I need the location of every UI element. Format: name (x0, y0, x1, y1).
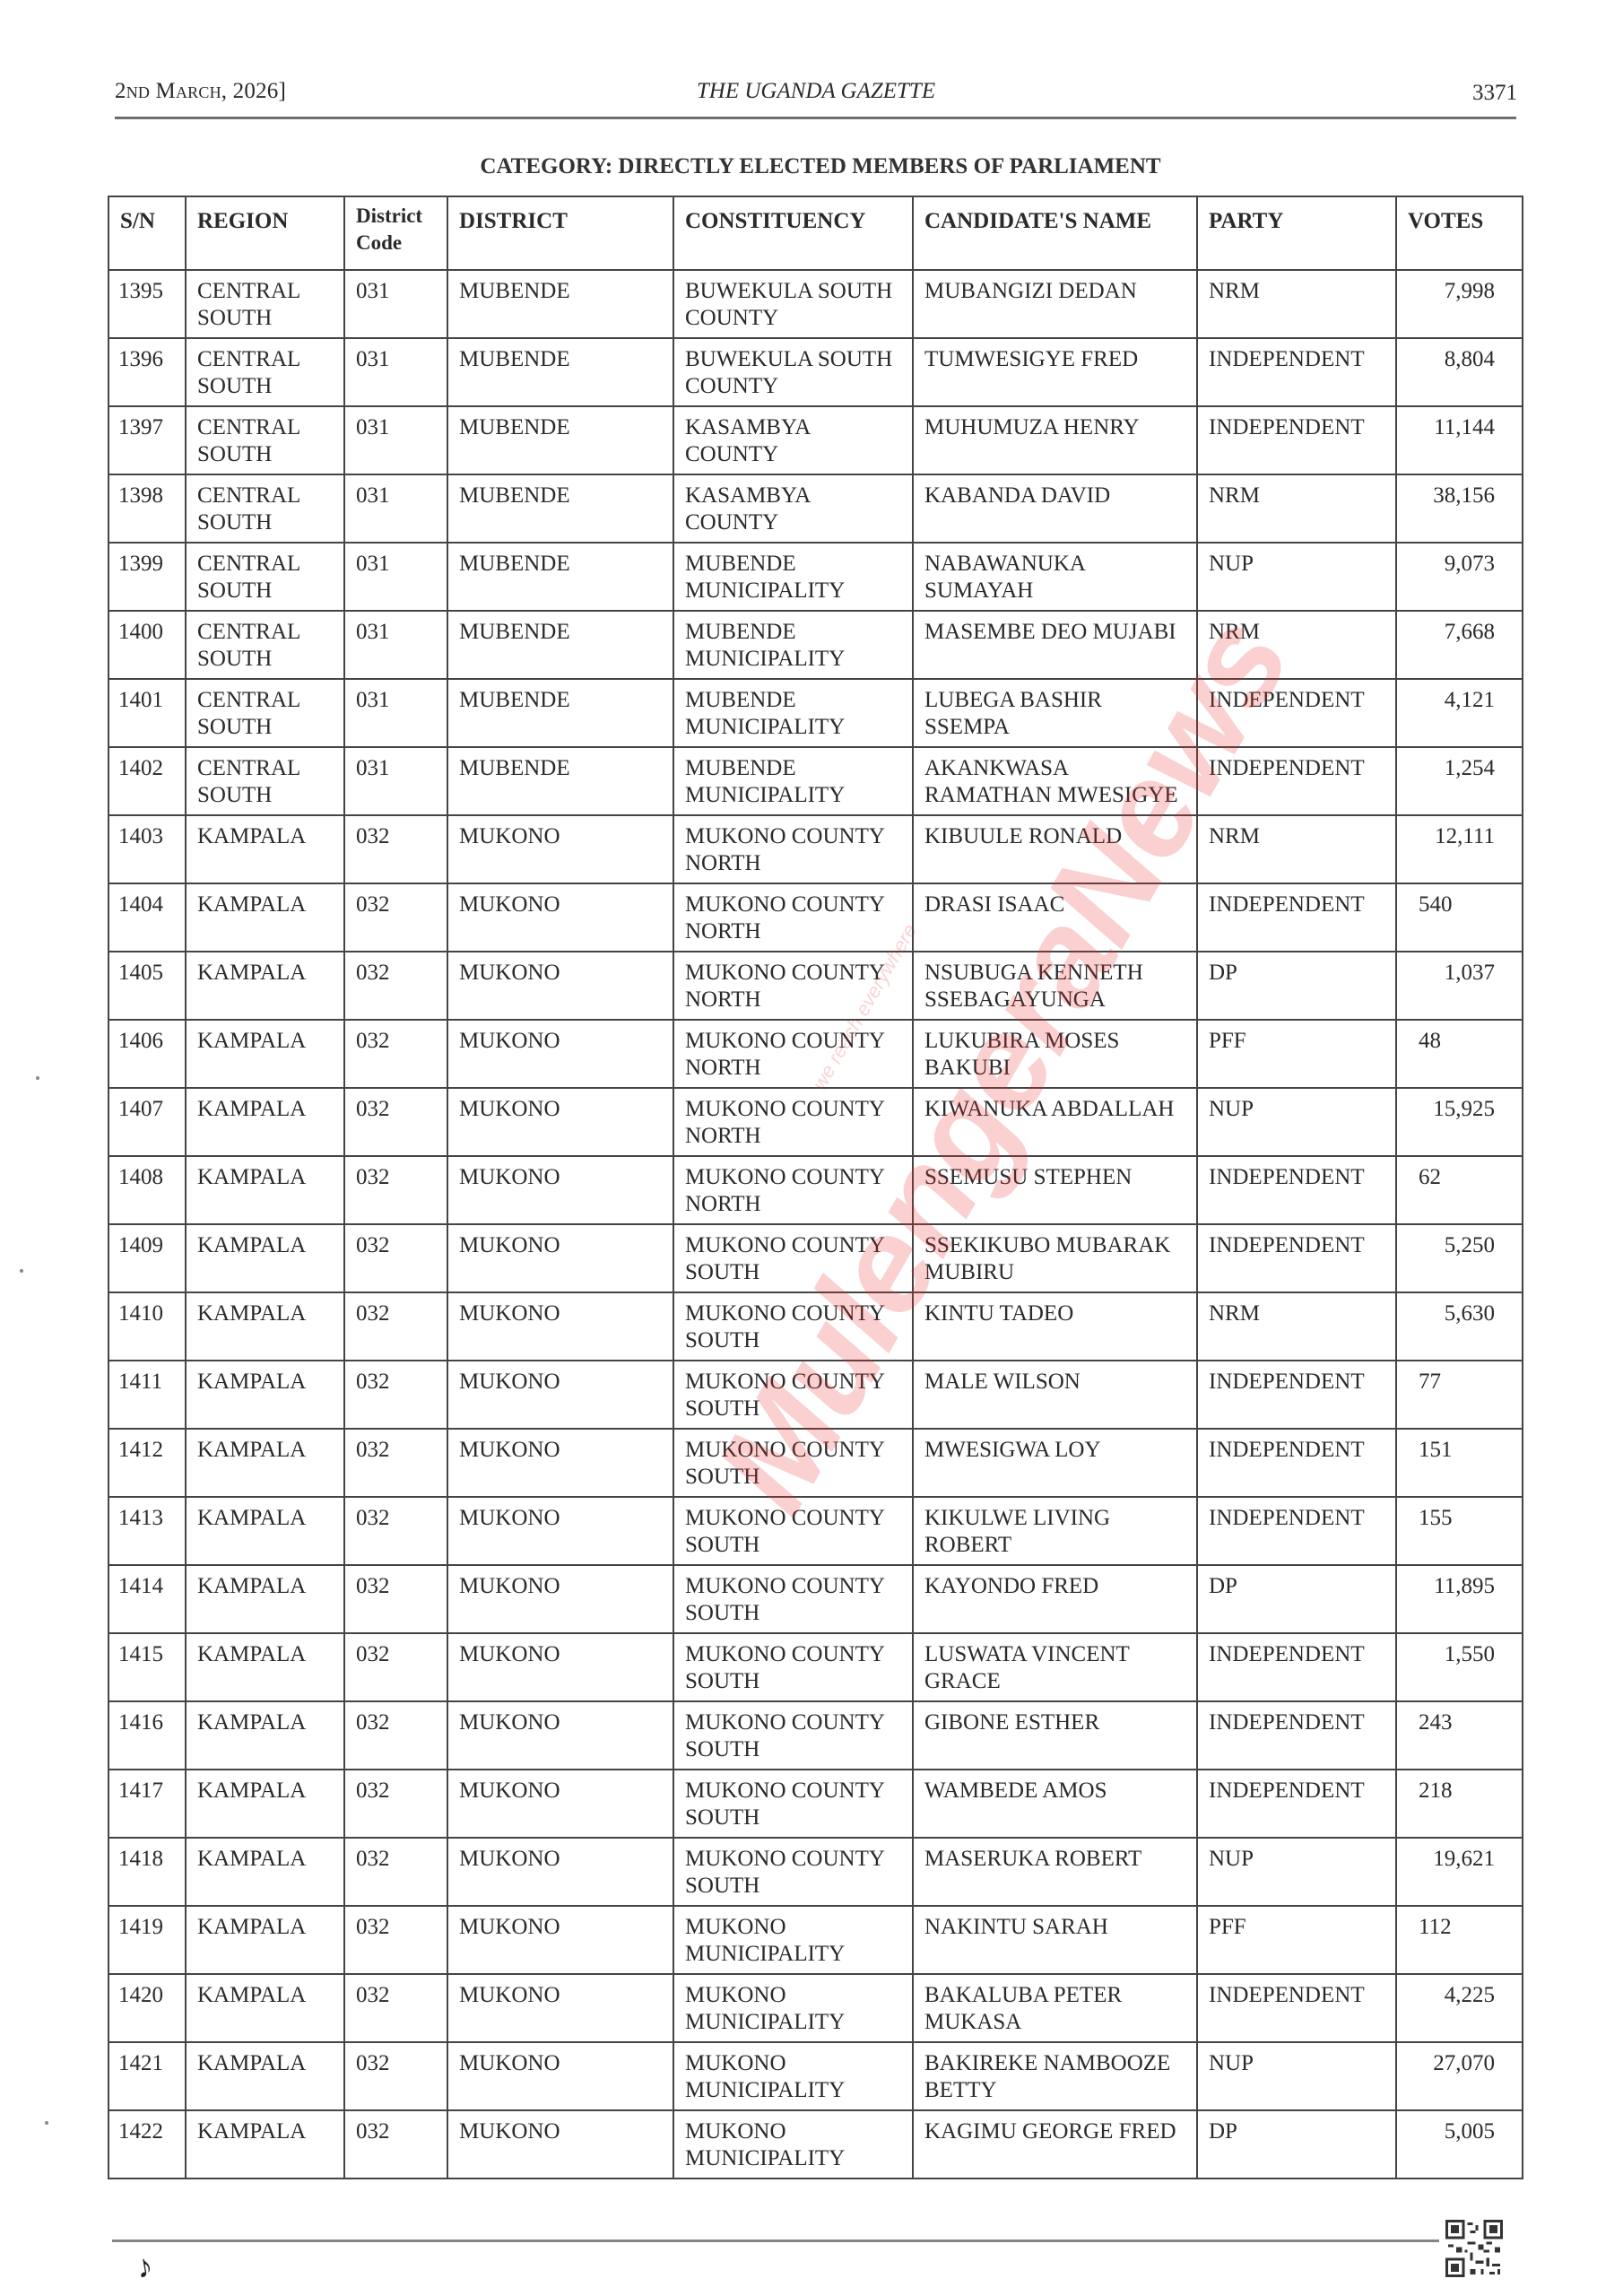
cell-votes: 4,121 (1396, 679, 1523, 747)
cell-region: KAMPALA (186, 2042, 344, 2110)
cell-votes: 62 (1396, 1156, 1523, 1224)
table-row: 1410KAMPALA032MUKONOMUKONO COUNTY SOUTHK… (108, 1292, 1523, 1361)
cell-district: MUKONO (447, 952, 673, 1020)
cell-district: MUKONO (447, 815, 673, 883)
cell-district: MUBENDE (447, 611, 673, 679)
cell-sn: 1396 (108, 338, 186, 406)
cell-district-code: 031 (344, 338, 447, 406)
table-row: 1397CENTRAL SOUTH031MUBENDEKASAMBYA COUN… (108, 406, 1523, 474)
cell-candidate-name: MUHUMUZA HENRY (913, 406, 1197, 474)
col-header-region: REGION (186, 196, 344, 270)
cell-constituency: MUKONO MUNICIPALITY (673, 2110, 913, 2179)
cell-party: INDEPENDENT (1197, 679, 1396, 747)
cell-district-code: 032 (344, 1565, 447, 1633)
cell-district-code: 032 (344, 1974, 447, 2042)
table-row: 1420KAMPALA032MUKONOMUKONO MUNICIPALITYB… (108, 1974, 1523, 2042)
cell-party: INDEPENDENT (1197, 1156, 1396, 1224)
cell-constituency: MUKONO COUNTY SOUTH (673, 1497, 913, 1565)
table-row: 1400CENTRAL SOUTH031MUBENDEMUBENDE MUNIC… (108, 611, 1523, 679)
cell-district-code: 032 (344, 883, 447, 952)
cell-candidate-name: KIBUULE RONALD (913, 815, 1197, 883)
cell-constituency: MUBENDE MUNICIPALITY (673, 679, 913, 747)
cell-sn: 1412 (108, 1429, 186, 1497)
cell-party: NRM (1197, 474, 1396, 543)
cell-party: DP (1197, 1565, 1396, 1633)
cell-region: KAMPALA (186, 883, 344, 952)
col-header-constituency: CONSTITUENCY (673, 196, 913, 270)
cell-constituency: MUKONO COUNTY SOUTH (673, 1565, 913, 1633)
cell-candidate-name: MALE WILSON (913, 1361, 1197, 1429)
cell-district: MUKONO (447, 1361, 673, 1429)
cell-votes: 15,925 (1396, 1088, 1523, 1156)
cell-sn: 1402 (108, 747, 186, 815)
cell-constituency: MUKONO MUNICIPALITY (673, 1974, 913, 2042)
cell-sn: 1414 (108, 1565, 186, 1633)
cell-sn: 1405 (108, 952, 186, 1020)
cell-party: INDEPENDENT (1197, 1770, 1396, 1838)
cell-votes: 112 (1396, 1906, 1523, 1974)
table-row: 1417KAMPALA032MUKONOMUKONO COUNTY SOUTHW… (108, 1770, 1523, 1838)
cell-region: KAMPALA (186, 1701, 344, 1770)
cell-votes: 1,037 (1396, 952, 1523, 1020)
cell-party: INDEPENDENT (1197, 1497, 1396, 1565)
cell-constituency: MUKONO COUNTY NORTH (673, 815, 913, 883)
cell-district-code: 031 (344, 543, 447, 611)
cell-candidate-name: LUKUBIRA MOSES BAKUBI (913, 1020, 1197, 1088)
cell-constituency: MUKONO COUNTY NORTH (673, 883, 913, 952)
cell-votes: 540 (1396, 883, 1523, 952)
page-header: 2nd March, 2026] THE UGANDA GAZETTE 3371 (115, 79, 1517, 115)
publication-title: THE UGANDA GAZETTE (115, 79, 1517, 104)
cell-votes: 155 (1396, 1497, 1523, 1565)
cell-sn: 1413 (108, 1497, 186, 1565)
cell-district-code: 032 (344, 1838, 447, 1906)
cell-party: INDEPENDENT (1197, 1224, 1396, 1292)
cell-party: PFF (1197, 1020, 1396, 1088)
cell-votes: 8,804 (1396, 338, 1523, 406)
cell-candidate-name: MASEMBE DEO MUJABI (913, 611, 1197, 679)
cell-district-code: 031 (344, 474, 447, 543)
cell-candidate-name: GIBONE ESTHER (913, 1701, 1197, 1770)
cell-votes: 5,250 (1396, 1224, 1523, 1292)
cell-votes: 7,668 (1396, 611, 1523, 679)
scan-speck (36, 1076, 39, 1080)
cell-sn: 1422 (108, 2110, 186, 2179)
cell-party: INDEPENDENT (1197, 1361, 1396, 1429)
col-header-votes: VOTES (1396, 196, 1523, 270)
table-row: 1412KAMPALA032MUKONOMUKONO COUNTY SOUTHM… (108, 1429, 1523, 1497)
cell-constituency: MUKONO COUNTY SOUTH (673, 1361, 913, 1429)
cell-party: INDEPENDENT (1197, 406, 1396, 474)
header-rule (115, 117, 1516, 119)
table-row: 1411KAMPALA032MUKONOMUKONO COUNTY SOUTHM… (108, 1361, 1523, 1429)
cell-votes: 11,895 (1396, 1565, 1523, 1633)
cell-region: KAMPALA (186, 1633, 344, 1701)
cell-district-code: 032 (344, 1429, 447, 1497)
cell-sn: 1421 (108, 2042, 186, 2110)
cell-party: INDEPENDENT (1197, 338, 1396, 406)
cell-district-code: 031 (344, 747, 447, 815)
cell-district: MUKONO (447, 1701, 673, 1770)
col-header-party: PARTY (1197, 196, 1396, 270)
cell-district-code: 032 (344, 1224, 447, 1292)
cell-district-code: 032 (344, 2110, 447, 2179)
cell-sn: 1410 (108, 1292, 186, 1361)
cell-region: KAMPALA (186, 1088, 344, 1156)
cell-district-code: 032 (344, 815, 447, 883)
cell-region: KAMPALA (186, 815, 344, 883)
table-row: 1405KAMPALA032MUKONOMUKONO COUNTY NORTHN… (108, 952, 1523, 1020)
cell-district-code: 032 (344, 1088, 447, 1156)
table-row: 1414KAMPALA032MUKONOMUKONO COUNTY SOUTHK… (108, 1565, 1523, 1633)
col-header-district-code: District Code (344, 196, 447, 270)
cell-candidate-name: TUMWESIGYE FRED (913, 338, 1197, 406)
cell-sn: 1408 (108, 1156, 186, 1224)
cell-sn: 1401 (108, 679, 186, 747)
cell-candidate-name: KAYONDO FRED (913, 1565, 1197, 1633)
ink-mark-icon: ♪ (133, 2247, 155, 2286)
table-row: 1404KAMPALA032MUKONOMUKONO COUNTY NORTHD… (108, 883, 1523, 952)
cell-candidate-name: LUBEGA BASHIR SSEMPA (913, 679, 1197, 747)
cell-candidate-name: MWESIGWA LOY (913, 1429, 1197, 1497)
table-row: 1395CENTRAL SOUTH031MUBENDEBUWEKULA SOUT… (108, 270, 1523, 338)
table-row: 1398CENTRAL SOUTH031MUBENDEKASAMBYA COUN… (108, 474, 1523, 543)
cell-district: MUKONO (447, 1565, 673, 1633)
cell-district: MUKONO (447, 1838, 673, 1906)
cell-district-code: 031 (344, 270, 447, 338)
cell-district: MUBENDE (447, 270, 673, 338)
cell-constituency: MUKONO COUNTY SOUTH (673, 1838, 913, 1906)
cell-candidate-name: MASERUKA ROBERT (913, 1838, 1197, 1906)
cell-votes: 243 (1396, 1701, 1523, 1770)
cell-district: MUKONO (447, 1156, 673, 1224)
cell-sn: 1416 (108, 1701, 186, 1770)
cell-party: NUP (1197, 1838, 1396, 1906)
table-row: 1419KAMPALA032MUKONOMUKONO MUNICIPALITYN… (108, 1906, 1523, 1974)
cell-votes: 1,254 (1396, 747, 1523, 815)
cell-candidate-name: KABANDA DAVID (913, 474, 1197, 543)
cell-district-code: 032 (344, 2042, 447, 2110)
cell-district-code: 032 (344, 1020, 447, 1088)
cell-region: KAMPALA (186, 1565, 344, 1633)
cell-constituency: MUKONO COUNTY NORTH (673, 952, 913, 1020)
cell-party: NRM (1197, 270, 1396, 338)
scan-speck (20, 1269, 23, 1273)
cell-district: MUKONO (447, 2042, 673, 2110)
cell-district: MUBENDE (447, 679, 673, 747)
cell-sn: 1403 (108, 815, 186, 883)
cell-candidate-name: SSEKIKUBO MUBARAK MUBIRU (913, 1224, 1197, 1292)
cell-region: CENTRAL SOUTH (186, 679, 344, 747)
cell-candidate-name: KAGIMU GEORGE FRED (913, 2110, 1197, 2179)
cell-constituency: MUBENDE MUNICIPALITY (673, 611, 913, 679)
cell-constituency: BUWEKULA SOUTH COUNTY (673, 338, 913, 406)
qr-code-icon (1445, 2220, 1503, 2277)
cell-region: KAMPALA (186, 1838, 344, 1906)
cell-district: MUKONO (447, 1974, 673, 2042)
footer-rule (112, 2239, 1439, 2242)
cell-district: MUKONO (447, 1770, 673, 1838)
cell-district: MUBENDE (447, 338, 673, 406)
cell-votes: 9,073 (1396, 543, 1523, 611)
col-header-sn: S/N (108, 196, 186, 270)
cell-candidate-name: WAMBEDE AMOS (913, 1770, 1197, 1838)
cell-district-code: 032 (344, 1292, 447, 1361)
cell-sn: 1397 (108, 406, 186, 474)
cell-votes: 11,144 (1396, 406, 1523, 474)
cell-district: MUKONO (447, 2110, 673, 2179)
cell-sn: 1419 (108, 1906, 186, 1974)
cell-constituency: MUKONO COUNTY SOUTH (673, 1429, 913, 1497)
cell-candidate-name: LUSWATA VINCENT GRACE (913, 1633, 1197, 1701)
cell-region: CENTRAL SOUTH (186, 270, 344, 338)
cell-votes: 5,630 (1396, 1292, 1523, 1361)
table-row: 1403KAMPALA032MUKONOMUKONO COUNTY NORTHK… (108, 815, 1523, 883)
cell-candidate-name: KIKULWE LIVING ROBERT (913, 1497, 1197, 1565)
cell-region: KAMPALA (186, 1156, 344, 1224)
cell-district-code: 031 (344, 679, 447, 747)
page-number: 3371 (1472, 81, 1517, 106)
cell-region: KAMPALA (186, 1020, 344, 1088)
cell-district-code: 031 (344, 611, 447, 679)
cell-region: KAMPALA (186, 952, 344, 1020)
cell-district-code: 032 (344, 1361, 447, 1429)
cell-votes: 77 (1396, 1361, 1523, 1429)
cell-region: KAMPALA (186, 1906, 344, 1974)
results-table: S/N REGION District Code DISTRICT CONSTI… (108, 196, 1523, 2179)
cell-sn: 1400 (108, 611, 186, 679)
cell-constituency: MUKONO MUNICIPALITY (673, 2042, 913, 2110)
cell-party: NRM (1197, 815, 1396, 883)
cell-district: MUBENDE (447, 543, 673, 611)
cell-sn: 1407 (108, 1088, 186, 1156)
col-header-district: DISTRICT (447, 196, 673, 270)
cell-party: INDEPENDENT (1197, 747, 1396, 815)
cell-region: CENTRAL SOUTH (186, 474, 344, 543)
cell-constituency: MUKONO COUNTY SOUTH (673, 1292, 913, 1361)
table-row: 1396CENTRAL SOUTH031MUBENDEBUWEKULA SOUT… (108, 338, 1523, 406)
table-row: 1399CENTRAL SOUTH031MUBENDEMUBENDE MUNIC… (108, 543, 1523, 611)
cell-constituency: MUKONO COUNTY SOUTH (673, 1633, 913, 1701)
cell-region: KAMPALA (186, 1292, 344, 1361)
cell-district: MUKONO (447, 883, 673, 952)
cell-region: KAMPALA (186, 1497, 344, 1565)
cell-region: KAMPALA (186, 1974, 344, 2042)
cell-candidate-name: NABAWANUKA SUMAYAH (913, 543, 1197, 611)
cell-party: DP (1197, 2110, 1396, 2179)
cell-region: KAMPALA (186, 2110, 344, 2179)
cell-constituency: KASAMBYA COUNTY (673, 406, 913, 474)
cell-district: MUKONO (447, 1429, 673, 1497)
cell-candidate-name: KINTU TADEO (913, 1292, 1197, 1361)
col-header-candidate-name: CANDIDATE'S NAME (913, 196, 1197, 270)
cell-party: INDEPENDENT (1197, 1701, 1396, 1770)
cell-candidate-name: NSUBUGA KENNETH SSEBAGAYUNGA (913, 952, 1197, 1020)
table-row: 1413KAMPALA032MUKONOMUKONO COUNTY SOUTHK… (108, 1497, 1523, 1565)
cell-constituency: MUKONO MUNICIPALITY (673, 1906, 913, 1974)
table-row: 1416KAMPALA032MUKONOMUKONO COUNTY SOUTHG… (108, 1701, 1523, 1770)
cell-sn: 1418 (108, 1838, 186, 1906)
cell-region: CENTRAL SOUTH (186, 747, 344, 815)
cell-district-code: 031 (344, 406, 447, 474)
table-row: 1406KAMPALA032MUKONOMUKONO COUNTY NORTHL… (108, 1020, 1523, 1088)
cell-party: INDEPENDENT (1197, 1974, 1396, 2042)
table-header-row: S/N REGION District Code DISTRICT CONSTI… (108, 196, 1523, 270)
cell-candidate-name: DRASI ISAAC (913, 883, 1197, 952)
cell-sn: 1395 (108, 270, 186, 338)
cell-party: PFF (1197, 1906, 1396, 1974)
cell-district: MUKONO (447, 1906, 673, 1974)
cell-sn: 1399 (108, 543, 186, 611)
cell-district-code: 032 (344, 1701, 447, 1770)
cell-district: MUKONO (447, 1088, 673, 1156)
cell-sn: 1417 (108, 1770, 186, 1838)
cell-sn: 1406 (108, 1020, 186, 1088)
cell-sn: 1398 (108, 474, 186, 543)
cell-votes: 1,550 (1396, 1633, 1523, 1701)
cell-votes: 7,998 (1396, 270, 1523, 338)
cell-candidate-name: BAKALUBA PETER MUKASA (913, 1974, 1197, 2042)
cell-constituency: MUKONO COUNTY SOUTH (673, 1224, 913, 1292)
cell-sn: 1415 (108, 1633, 186, 1701)
cell-district: MUKONO (447, 1020, 673, 1088)
cell-district-code: 032 (344, 1156, 447, 1224)
cell-constituency: MUKONO COUNTY SOUTH (673, 1701, 913, 1770)
cell-votes: 218 (1396, 1770, 1523, 1838)
cell-party: NUP (1197, 2042, 1396, 2110)
cell-region: KAMPALA (186, 1224, 344, 1292)
table-row: 1422KAMPALA032MUKONOMUKONO MUNICIPALITYK… (108, 2110, 1523, 2179)
cell-constituency: MUKONO COUNTY NORTH (673, 1156, 913, 1224)
cell-region: CENTRAL SOUTH (186, 406, 344, 474)
cell-region: CENTRAL SOUTH (186, 338, 344, 406)
cell-district: MUKONO (447, 1224, 673, 1292)
cell-party: INDEPENDENT (1197, 1429, 1396, 1497)
table-row: 1418KAMPALA032MUKONOMUKONO COUNTY SOUTHM… (108, 1838, 1523, 1906)
cell-party: NRM (1197, 1292, 1396, 1361)
cell-region: KAMPALA (186, 1770, 344, 1838)
cell-votes: 27,070 (1396, 2042, 1523, 2110)
cell-sn: 1420 (108, 1974, 186, 2042)
cell-votes: 5,005 (1396, 2110, 1523, 2179)
cell-region: CENTRAL SOUTH (186, 611, 344, 679)
cell-region: KAMPALA (186, 1361, 344, 1429)
cell-region: KAMPALA (186, 1429, 344, 1497)
table-body: 1395CENTRAL SOUTH031MUBENDEBUWEKULA SOUT… (108, 270, 1523, 2179)
table-row: 1409KAMPALA032MUKONOMUKONO COUNTY SOUTHS… (108, 1224, 1523, 1292)
cell-candidate-name: KIWANUKA ABDALLAH (913, 1088, 1197, 1156)
cell-constituency: MUKONO COUNTY SOUTH (673, 1770, 913, 1838)
cell-candidate-name: MUBANGIZI DEDAN (913, 270, 1197, 338)
cell-party: NUP (1197, 543, 1396, 611)
cell-constituency: MUKONO COUNTY NORTH (673, 1088, 913, 1156)
cell-district: MUBENDE (447, 406, 673, 474)
cell-district: MUKONO (447, 1633, 673, 1701)
cell-votes: 4,225 (1396, 1974, 1523, 2042)
cell-district-code: 032 (344, 952, 447, 1020)
table-row: 1408KAMPALA032MUKONOMUKONO COUNTY NORTHS… (108, 1156, 1523, 1224)
cell-district: MUBENDE (447, 474, 673, 543)
table-row: 1401CENTRAL SOUTH031MUBENDEMUBENDE MUNIC… (108, 679, 1523, 747)
cell-candidate-name: SSEMUSU STEPHEN (913, 1156, 1197, 1224)
cell-sn: 1404 (108, 883, 186, 952)
cell-district-code: 032 (344, 1906, 447, 1974)
table-row: 1407KAMPALA032MUKONOMUKONO COUNTY NORTHK… (108, 1088, 1523, 1156)
cell-candidate-name: NAKINTU SARAH (913, 1906, 1197, 1974)
cell-party: NRM (1197, 611, 1396, 679)
cell-votes: 12,111 (1396, 815, 1523, 883)
cell-sn: 1409 (108, 1224, 186, 1292)
cell-constituency: MUBENDE MUNICIPALITY (673, 543, 913, 611)
cell-district-code: 032 (344, 1497, 447, 1565)
cell-party: INDEPENDENT (1197, 883, 1396, 952)
cell-candidate-name: BAKIREKE NAMBOOZE BETTY (913, 2042, 1197, 2110)
cell-district: MUBENDE (447, 747, 673, 815)
cell-constituency: BUWEKULA SOUTH COUNTY (673, 270, 913, 338)
cell-sn: 1411 (108, 1361, 186, 1429)
cell-votes: 151 (1396, 1429, 1523, 1497)
table-row: 1421KAMPALA032MUKONOMUKONO MUNICIPALITYB… (108, 2042, 1523, 2110)
cell-district-code: 032 (344, 1633, 447, 1701)
cell-votes: 48 (1396, 1020, 1523, 1088)
table-row: 1402CENTRAL SOUTH031MUBENDEMUBENDE MUNIC… (108, 747, 1523, 815)
cell-district-code: 032 (344, 1770, 447, 1838)
cell-party: DP (1197, 952, 1396, 1020)
cell-district: MUKONO (447, 1292, 673, 1361)
cell-candidate-name: AKANKWASA RAMATHAN MWESIGYE (913, 747, 1197, 815)
table-row: 1415KAMPALA032MUKONOMUKONO COUNTY SOUTHL… (108, 1633, 1523, 1701)
cell-district: MUKONO (447, 1497, 673, 1565)
cell-party: INDEPENDENT (1197, 1633, 1396, 1701)
cell-constituency: MUKONO COUNTY NORTH (673, 1020, 913, 1088)
cell-region: CENTRAL SOUTH (186, 543, 344, 611)
category-title: CATEGORY: DIRECTLY ELECTED MEMBERS OF PA… (0, 154, 1623, 179)
cell-party: NUP (1197, 1088, 1396, 1156)
cell-constituency: KASAMBYA COUNTY (673, 474, 913, 543)
scan-speck (45, 2121, 48, 2125)
cell-votes: 19,621 (1396, 1838, 1523, 1906)
cell-constituency: MUBENDE MUNICIPALITY (673, 747, 913, 815)
cell-votes: 38,156 (1396, 474, 1523, 543)
